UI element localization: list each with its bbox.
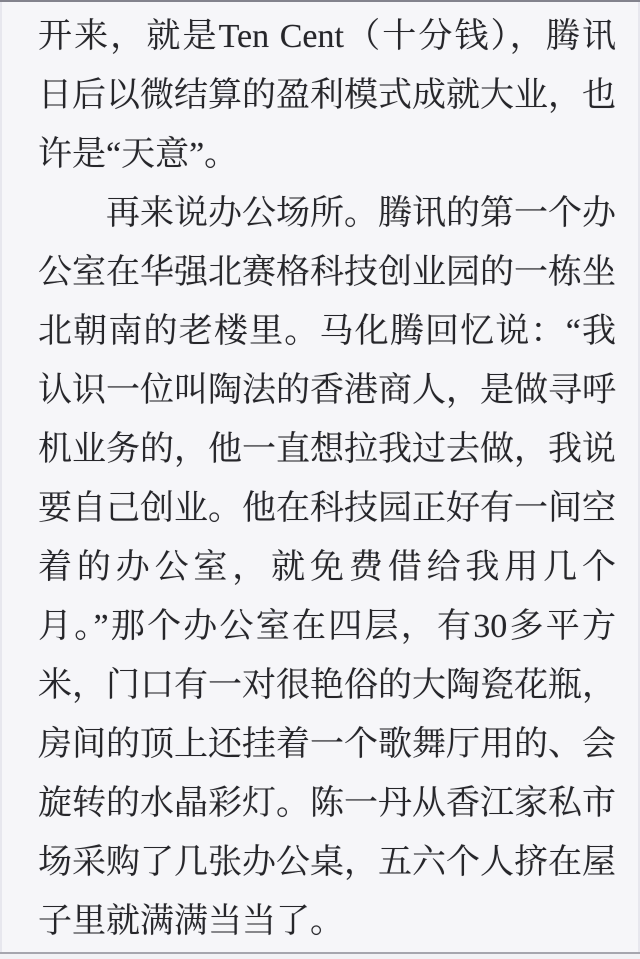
text-line: 再来说办公场所。腾讯的第一个办 [38,184,616,243]
text-line: 许是“天意”。 [38,125,616,184]
text-line: 子里就满满当当了。 [38,892,616,951]
text-line: 房间的顶上还挂着一个歌舞厅用的、会 [38,715,616,774]
text-line: 要自己创业。他在科技园正好有一间空 [38,479,616,538]
text-line: 米，门口有一对很艳俗的大陶瓷花瓶， [38,656,616,715]
ebook-page: 开来，就是Ten Cent（十分钱），腾讯 日后以微结算的盈利模式成就大业，也 … [0,0,640,959]
text-line: 着的办公室，就免费借给我用几个 [38,538,616,597]
text-line: 日后以微结算的盈利模式成就大业，也 [38,66,616,125]
page-bottom-strip [0,954,640,959]
text-line: 北朝南的老楼里。马化腾回忆说：“我 [38,302,616,361]
text-line: 机业务的，他一直想拉我过去做，我说 [38,420,616,479]
text-line: 月。”那个办公室在四层，有30多平方 [38,597,616,656]
text-line: 旋转的水晶彩灯。陈一丹从香江家私市 [38,774,616,833]
page-text: 开来，就是Ten Cent（十分钱），腾讯 日后以微结算的盈利模式成就大业，也 … [38,7,616,951]
text-line: 公室在华强北赛格科技创业园的一栋坐 [38,243,616,302]
text-line: 认识一位叫陶法的香港商人，是做寻呼 [38,361,616,420]
text-line: 开来，就是Ten Cent（十分钱），腾讯 [38,7,616,66]
text-line: 场采购了几张办公桌，五六个人挤在屋 [38,833,616,892]
